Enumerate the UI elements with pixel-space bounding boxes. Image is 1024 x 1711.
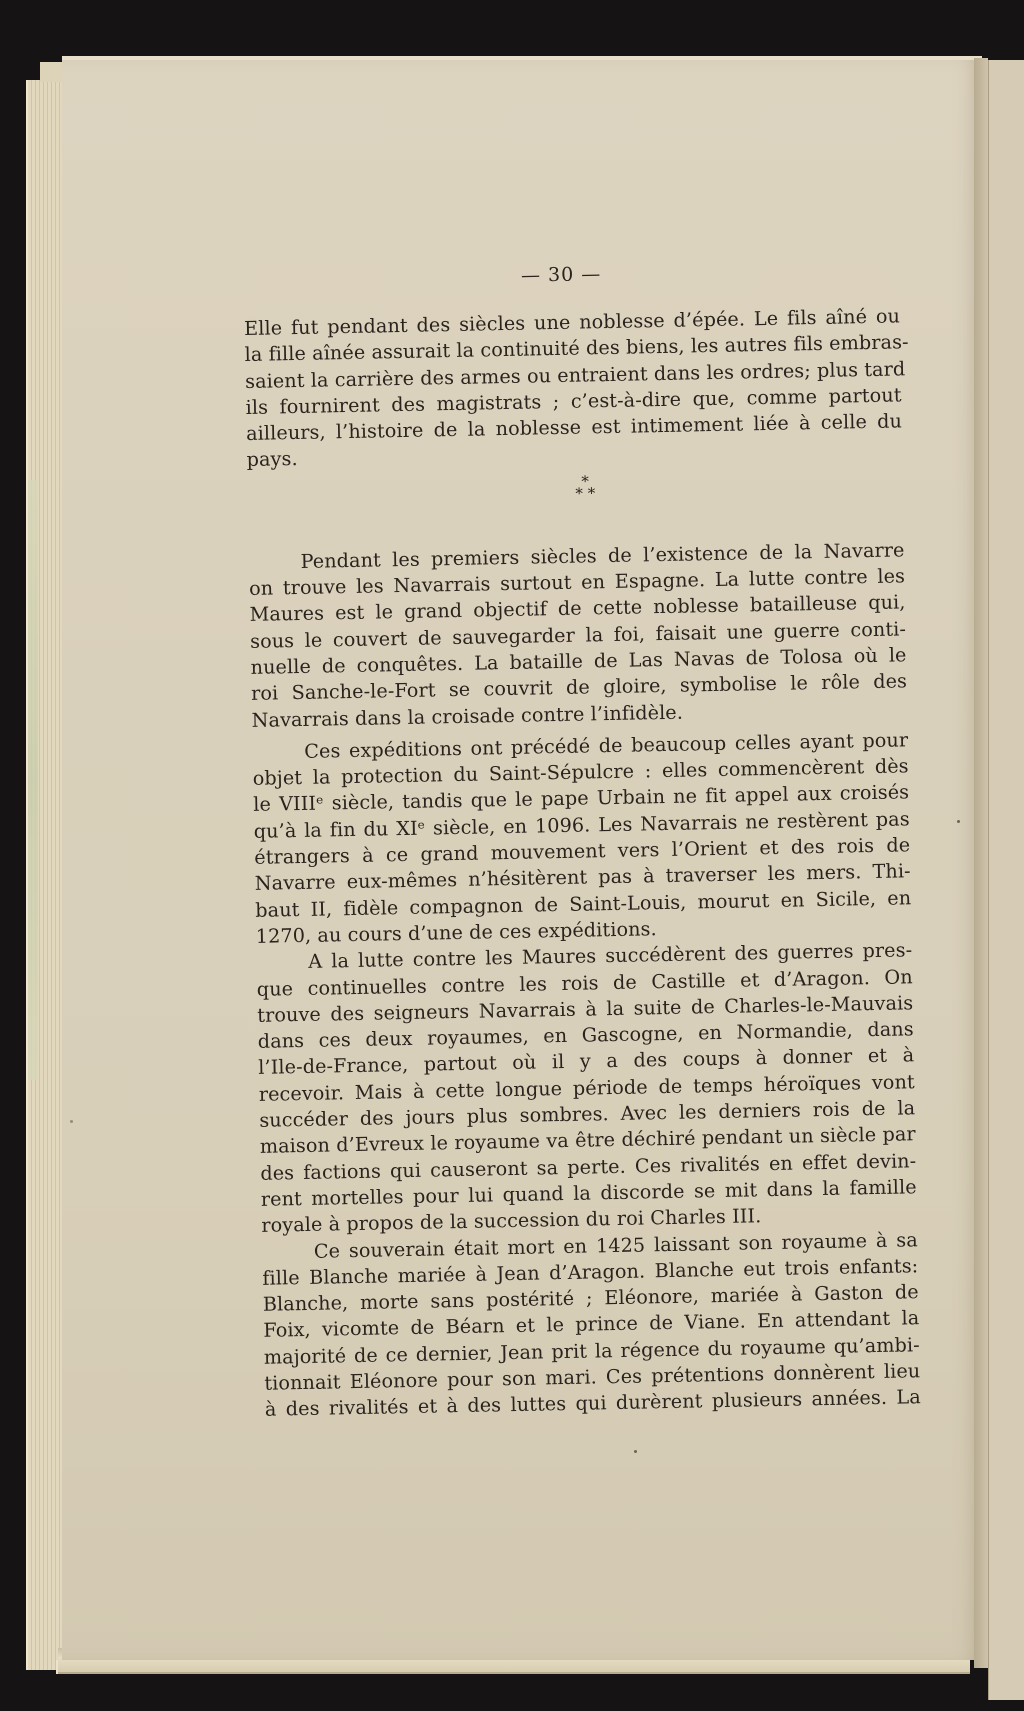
- paragraph-4: A la lutte contre les Maures succédèrent…: [256, 938, 917, 1240]
- paragraph-3: Ces expéditions ont précédé de beaucoup …: [252, 727, 912, 950]
- facing-page-edge: [988, 60, 1024, 1700]
- paper-speck: [957, 820, 960, 823]
- section-break-asterism: * * *: [267, 469, 903, 505]
- paragraph-2: Pendant les premiers siècles de l’existe…: [248, 537, 907, 734]
- scanned-book-scene: — 30 — Elle fut pendant des siècles une …: [0, 0, 1024, 1711]
- page-text-block: — 30 — Elle fut pendant des siècles une …: [243, 257, 921, 1423]
- paper-speck: [634, 1450, 637, 1453]
- page-edge-stain: [28, 480, 38, 1080]
- paper-speck: [70, 1120, 73, 1123]
- paragraph-5: Ce souverain était mort en 1425 laissant…: [262, 1227, 921, 1424]
- paragraph-1: Elle fut pendant des siècles une nobless…: [244, 303, 903, 473]
- book-gutter: [974, 58, 988, 1668]
